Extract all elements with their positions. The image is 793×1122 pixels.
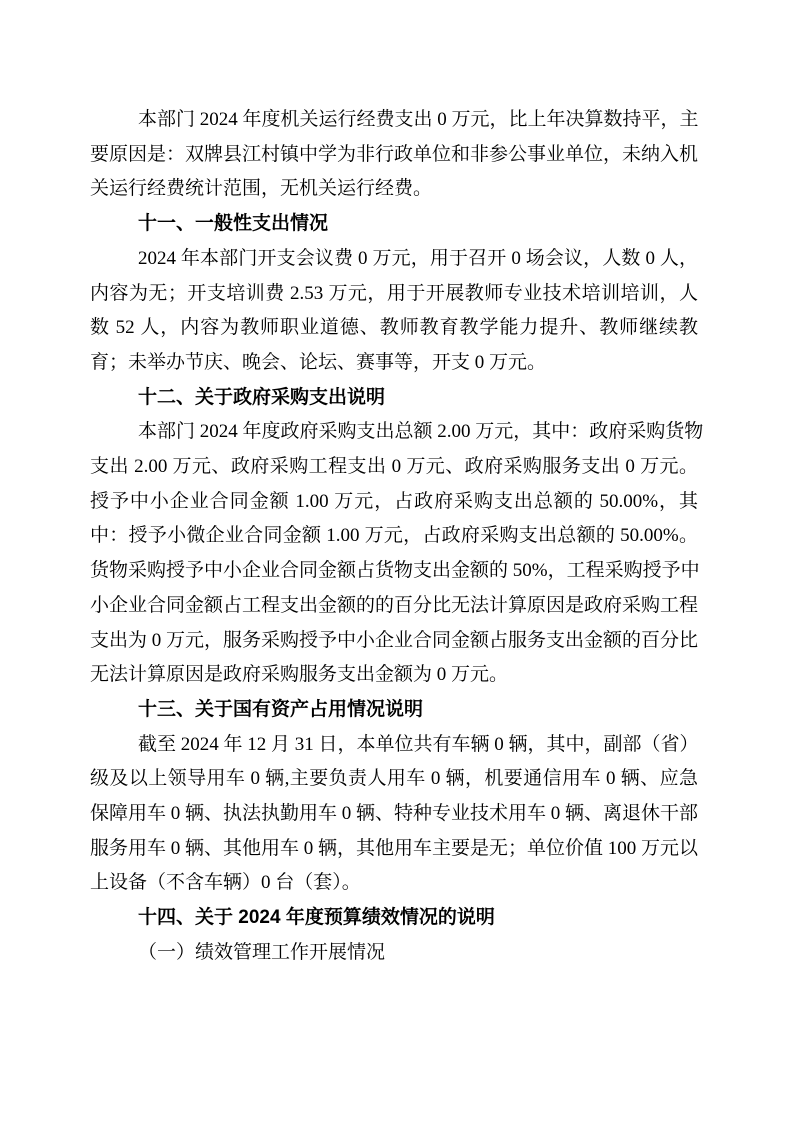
paragraph-line: 货物采购授予中小企业合同金额占货物支出金额的 50%，工程采购授予中	[90, 554, 698, 589]
paragraph-line: 育；未举办节庆、晚会、论坛、赛事等，开支 0 万元。	[90, 346, 698, 381]
subsection-heading-14-1-performance-management: （一）绩效管理工作开展情况	[90, 936, 698, 971]
paragraph-line: 小企业合同金额占工程支出金额的的百分比无法计算原因是政府采购工程	[90, 589, 698, 624]
paragraph-line: 上设备（不含车辆）0 台（套）。	[90, 866, 698, 901]
paragraph-line: 关运行经费统计范围，无机关运行经费。	[90, 172, 698, 207]
paragraph-line: 授予中小企业合同金额 1.00 万元，占政府采购支出总额的 50.00%，其	[90, 485, 698, 520]
paragraph-line: 支出 2.00 万元、政府采购工程支出 0 万元、政府采购服务支出 0 万元。	[90, 450, 698, 485]
paragraph-line: 本部门 2024 年度政府采购支出总额 2.00 万元，其中：政府采购货物	[90, 415, 698, 450]
section-heading-13-state-assets: 十三、关于国有资产占用情况说明	[90, 693, 698, 728]
paragraph-line: 内容为无；开支培训费 2.53 万元，用于开展教师专业技术培训培训，人	[90, 277, 698, 312]
paragraph-line: 要原因是：双牌县江村镇中学为非行政单位和非参公事业单位，未纳入机	[90, 138, 698, 173]
paragraph-line: 服务用车 0 辆、其他用车 0 辆，其他用车主要是无；单位价值 100 万元以	[90, 832, 698, 867]
section-heading-14-budget-performance: 十四、关于 2024 年度预算绩效情况的说明	[90, 901, 698, 936]
section-heading-11-general-expenditure: 十一、一般性支出情况	[90, 207, 698, 242]
paragraph-line: 2024 年本部门开支会议费 0 万元，用于召开 0 场会议，人数 0 人，	[90, 242, 698, 277]
paragraph-state-assets: 截至 2024 年 12 月 31 日，本单位共有车辆 0 辆，其中，副部（省）…	[90, 728, 698, 902]
paragraph-line: 支出为 0 万元，服务采购授予中小企业合同金额占服务支出金额的百分比	[90, 624, 698, 659]
document-body: 本部门 2024 年度机关运行经费支出 0 万元，比上年决算数持平，主 要原因是…	[90, 103, 698, 971]
document-page: 本部门 2024 年度机关运行经费支出 0 万元，比上年决算数持平，主 要原因是…	[0, 0, 793, 1122]
paragraph-line: 本部门 2024 年度机关运行经费支出 0 万元，比上年决算数持平，主	[90, 103, 698, 138]
paragraph-government-procurement: 本部门 2024 年度政府采购支出总额 2.00 万元，其中：政府采购货物 支出…	[90, 415, 698, 693]
paragraph-line: 保障用车 0 辆、执法执勤用车 0 辆、特种专业技术用车 0 辆、离退休干部	[90, 797, 698, 832]
paragraph-line: 中：授予小微企业合同金额 1.00 万元，占政府采购支出总额的 50.00%。	[90, 519, 698, 554]
paragraph-line: 数 52 人，内容为教师职业道德、教师教育教学能力提升、教师继续教	[90, 311, 698, 346]
section-heading-12-government-procurement: 十二、关于政府采购支出说明	[90, 381, 698, 416]
paragraph-line: 无法计算原因是政府采购服务支出金额为 0 万元。	[90, 658, 698, 693]
paragraph-general-expenditure: 2024 年本部门开支会议费 0 万元，用于召开 0 场会议，人数 0 人， 内…	[90, 242, 698, 381]
paragraph-line: 截至 2024 年 12 月 31 日，本单位共有车辆 0 辆，其中，副部（省）	[90, 728, 698, 763]
paragraph-agency-operating-expenses: 本部门 2024 年度机关运行经费支出 0 万元，比上年决算数持平，主 要原因是…	[90, 103, 698, 207]
paragraph-line: 级及以上领导用车 0 辆,主要负责人用车 0 辆，机要通信用车 0 辆、应急	[90, 762, 698, 797]
